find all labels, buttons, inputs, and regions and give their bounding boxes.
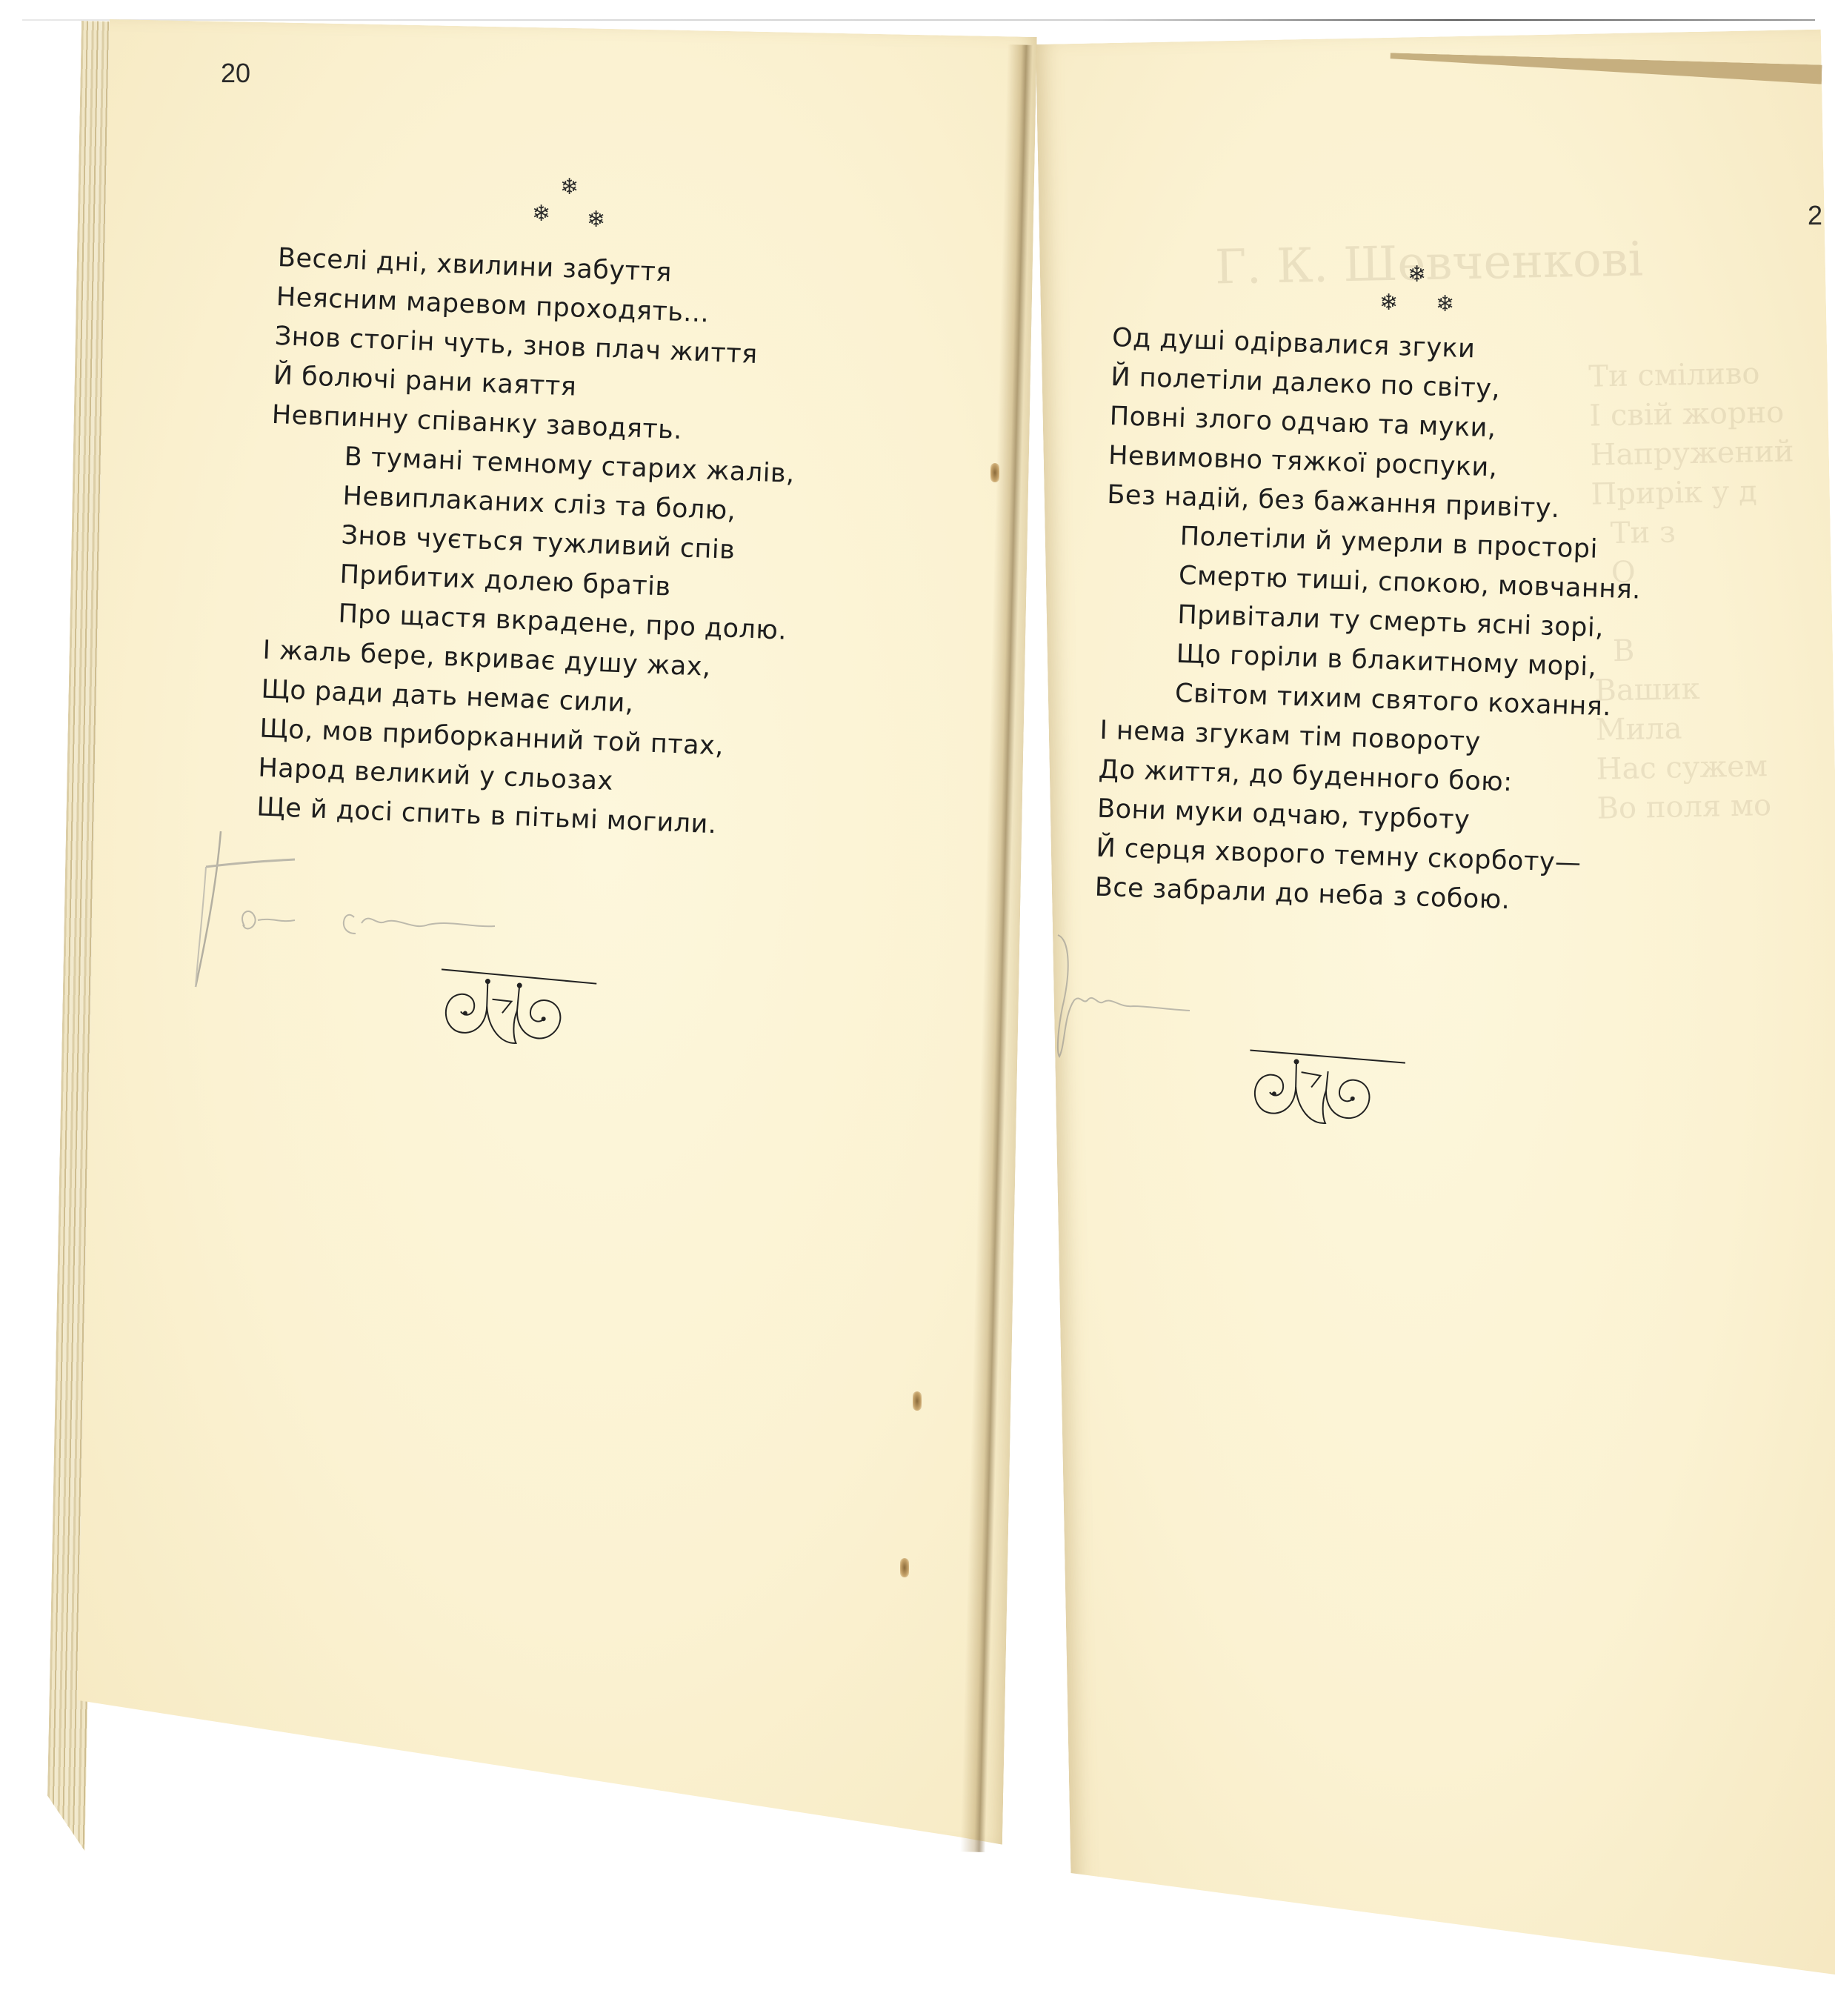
asterism-icon: ❄: [532, 203, 550, 225]
binding-stitch: [990, 463, 999, 482]
pencil-signature-right: [1045, 926, 1208, 1074]
asterism-icon: ❄: [1379, 292, 1398, 314]
asterism-icon: ❄: [560, 176, 579, 199]
asterism-icon: ❄: [1408, 264, 1426, 286]
section-mark-stars-left: ❄ ❄ ❄: [532, 176, 621, 228]
binding-stitch: [913, 1391, 922, 1411]
page-number-right: 2: [1808, 200, 1822, 231]
poem-left: Веселі дні, хвилини забуттяНеясним марев…: [256, 239, 802, 848]
asterism-icon: ❄: [587, 209, 605, 231]
asterism-icon: ❄: [1436, 293, 1454, 316]
section-mark-stars-right: ❄ ❄ ❄: [1379, 264, 1468, 316]
pencil-signature-left: [191, 822, 562, 993]
page-number-left: 20: [221, 58, 250, 89]
scanner-edge: [22, 19, 1815, 21]
end-ornament-left: [439, 968, 597, 1054]
end-ornament-right: [1248, 1048, 1406, 1134]
binding-stitch: [900, 1558, 909, 1577]
poem-right: Од душі одірвалися згукиЙ полетіли далек…: [1094, 319, 1649, 924]
